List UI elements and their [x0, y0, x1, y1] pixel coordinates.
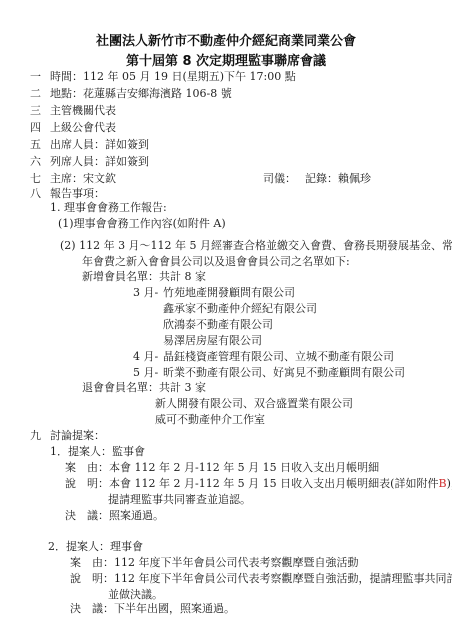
proposal-2-cause: 案 由：112 年度下半年會員公司代表考察觀摩暨自強活動 [70, 556, 359, 570]
proposal-2-description-cont: 並做決議。 [108, 588, 163, 602]
attendees: 出席人員：詳如簽到 [50, 138, 149, 152]
section-number: 五 [30, 138, 41, 152]
proposal-1-cause: 案 由：本會 112 年 2 月-112 年 5 月 15 日收入支出月帳明細 [65, 461, 379, 475]
withdrawn-company: 新人開發有限公司、双合盛置業有限公司 [155, 397, 353, 411]
member-company: 鑫承家不動產仲介經紀有限公司 [163, 302, 317, 316]
member-company: 竹苑地產開發顧問有限公司 [163, 286, 295, 300]
proposal-1-description-cont: 提請理監事共同審查並追認。 [108, 493, 251, 507]
member-company: 易澤居房屋有限公司 [163, 334, 262, 348]
proposal-1-resolution: 決 議：照案通過。 [65, 509, 164, 523]
meeting-location: 地點：花蓮縣吉安鄉海濱路 106-8 號 [50, 87, 232, 101]
member-company: 欣鴻泰不動產有限公司 [163, 318, 273, 332]
section-number: 八 [30, 187, 41, 201]
month-label: 3 月- [133, 286, 158, 300]
report-item-1-1: (1)理事會會務工作內容(如附件 A) [58, 217, 226, 231]
member-company: 昕業不動產有限公司、好寓見不動產顧問有限公司 [163, 366, 405, 380]
member-company: 晶鈺棧資產管理有限公司、立城不動產有限公司 [163, 350, 394, 364]
upper-union-rep: 上級公會代表 [50, 121, 116, 135]
proposal-2-proposer: 2．提案人：理事會 [48, 540, 143, 554]
section-number: 七 [30, 172, 41, 186]
withdrawn-company: 威可不動產仲介工作室 [155, 413, 265, 427]
observers: 列席人員：詳如簽到 [50, 155, 149, 169]
section-number: 六 [30, 155, 41, 169]
meeting-time: 時間：112 年 05 月 19 日(星期五)下午 17:00 點 [50, 70, 296, 84]
section-number: 一 [30, 70, 41, 84]
proposal-2-resolution: 決 議：下半年出國，照案通過。 [70, 602, 235, 616]
section-number: 三 [30, 104, 41, 118]
month-label: 4 月- [133, 350, 158, 364]
withdrawn-members-label: 退會會員名單：共計 3 家 [82, 381, 206, 395]
org-title: 社團法人新竹市不動產仲介經紀商業同業公會 [0, 30, 452, 49]
new-members-label: 新增會員名單：共計 8 家 [82, 270, 206, 284]
proposal-2-description: 說 明：112 年度下半年會員公司代表考察觀摩暨自強活動，提請理監事共同討論 [70, 572, 452, 586]
meeting-title: 第十屆第 8 次定期理監事聯席會議 [0, 50, 452, 69]
attachment-b-link: B [438, 477, 446, 490]
report-heading: 報告事項： [50, 187, 105, 201]
report-item-1-2-cont: 年會費之新入會會員公司以及退會會員公司之名單如下: [82, 255, 350, 269]
proposal-1-description: 說 明：本會 112 年 2 月-112 年 5 月 15 日收入支出月帳明細表… [65, 477, 452, 491]
mc: 司儀： [263, 172, 296, 186]
recorder: 記錄：賴佩珍 [305, 172, 371, 186]
section-number: 二 [30, 87, 41, 101]
report-item-1-2: (2) 112 年 3 月～112 年 5 月經審查合格並繳交入會費、會務長期發… [60, 239, 452, 253]
chairperson: 主席：宋文欽 [50, 172, 116, 186]
discussion-heading: 討論提案： [50, 429, 105, 443]
authority-rep: 主管機關代表 [50, 104, 116, 118]
month-label: 5 月- [133, 366, 158, 380]
section-number: 四 [30, 121, 41, 135]
section-number: 九 [30, 429, 41, 443]
proposal-1-proposer: 1．提案人：監事會 [50, 445, 145, 459]
report-item-1: 1. 理事會會務工作報告: [50, 201, 167, 215]
